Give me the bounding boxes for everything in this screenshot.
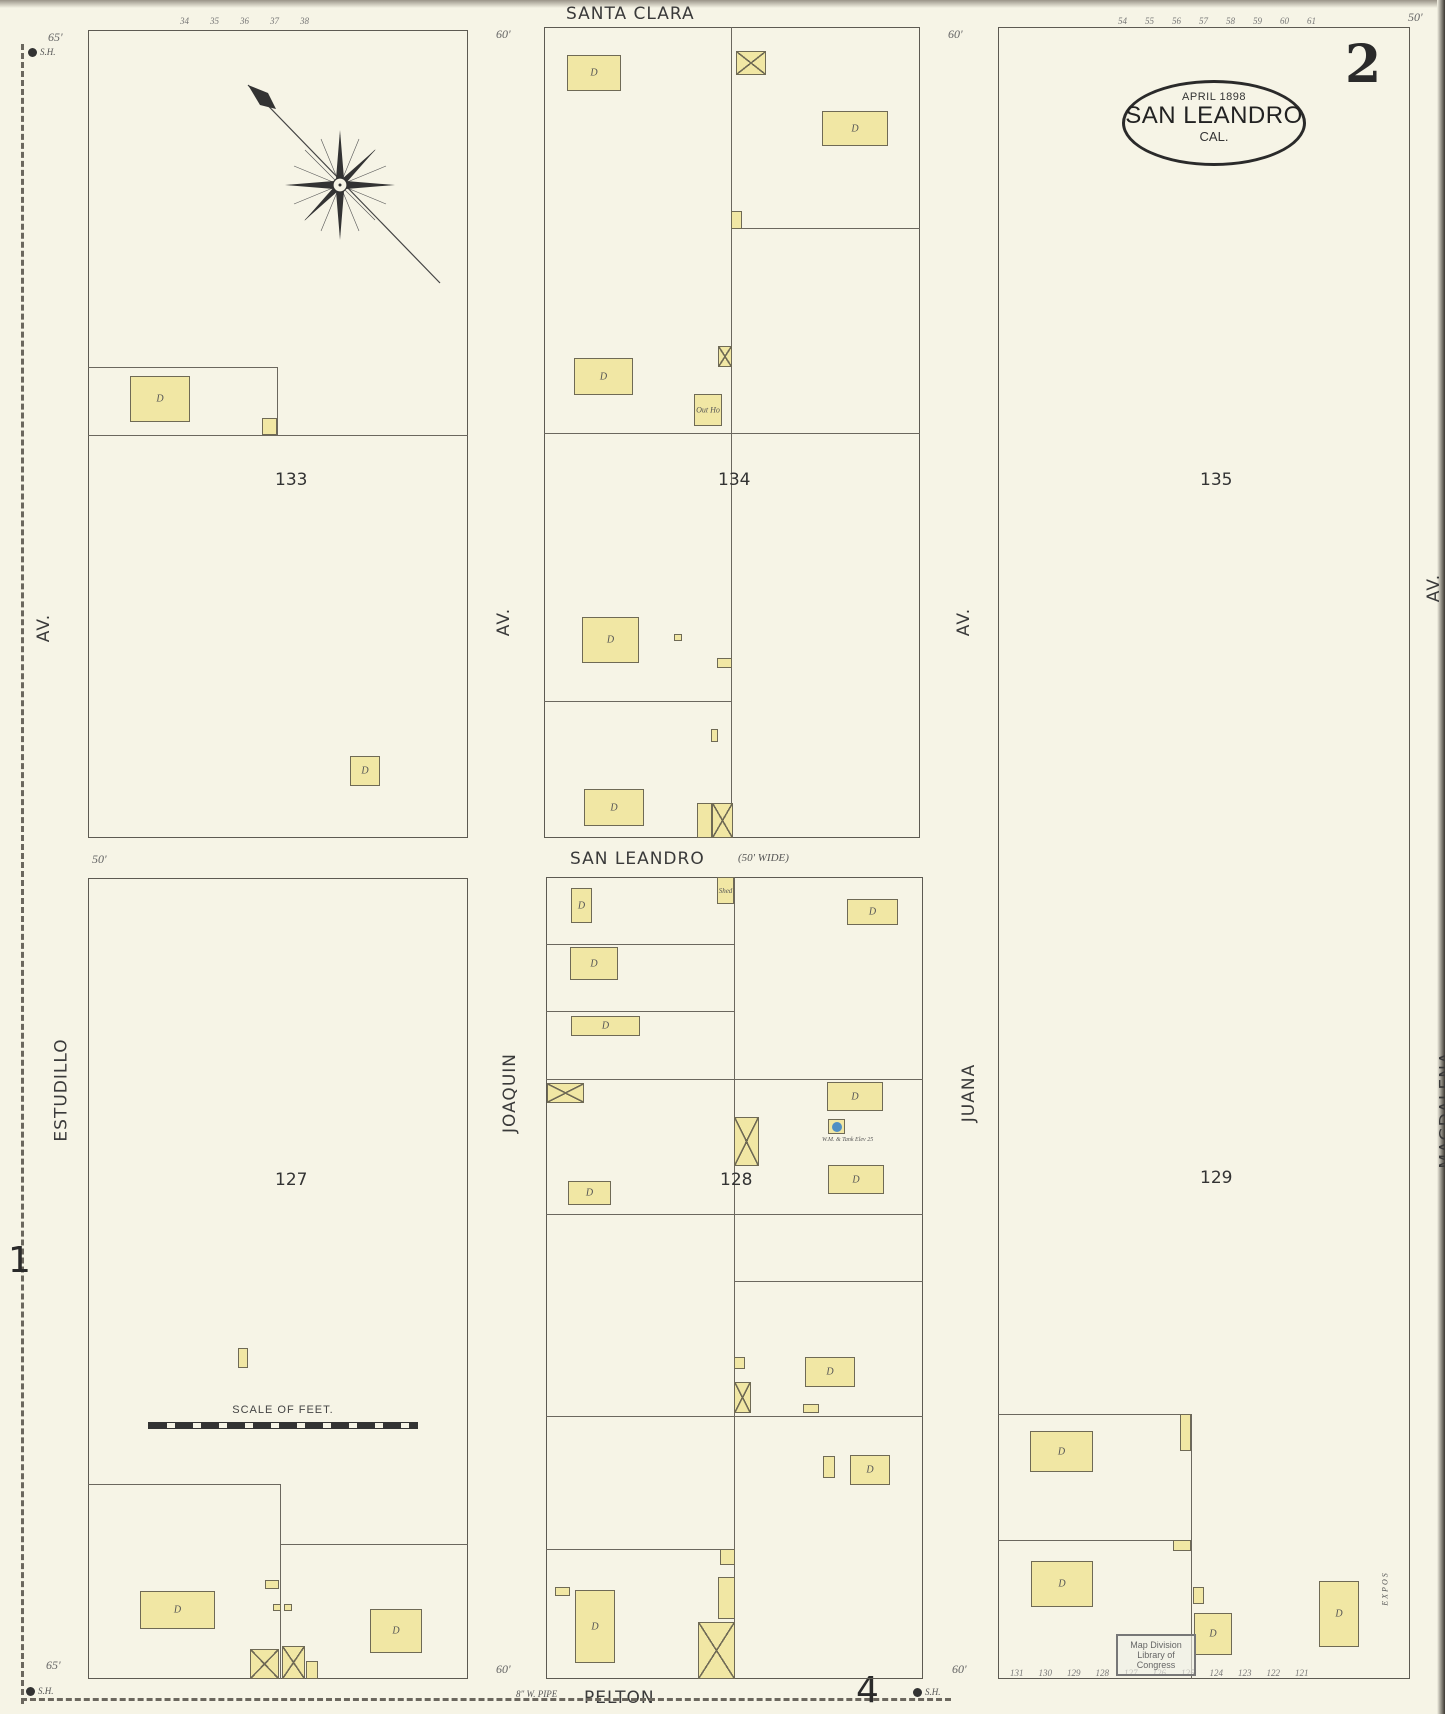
block-127 [88,878,468,1679]
stable [734,1117,759,1166]
lot-line [546,1549,734,1550]
dwelling-label: D [583,635,638,646]
dwelling-label: D [848,907,897,918]
dwelling-label: D [571,958,617,969]
hydrant-label: S.H. [38,1686,54,1696]
dwelling-label: D [568,68,620,79]
dwelling-label: D [1195,1629,1231,1640]
block-133 [88,30,468,838]
expos-label: EXPOS [1381,1571,1390,1605]
lot-number: 60 [1280,16,1289,26]
stamp-line1: Map Division [1118,1640,1194,1650]
lot-line [546,1214,923,1215]
dim-estudillo-bottom: 65' [46,1658,61,1673]
block-number-128: 128 [720,1170,752,1190]
outhouse: Out Ho [694,394,722,426]
dwelling: D [582,617,639,663]
dwelling: D [567,55,621,91]
dwelling: D [130,376,190,422]
dwelling-label: D [823,123,887,134]
outbuilding [1173,1540,1191,1551]
lot-line [280,1484,281,1679]
outbuilding [238,1348,248,1368]
stable [698,1622,735,1679]
tank-icon [832,1122,842,1132]
block-number-127: 127 [275,1170,307,1190]
shed [1180,1414,1191,1451]
outbuilding [284,1604,292,1611]
hydrant-icon [913,1688,922,1697]
lot-number: 122 [1267,1668,1281,1678]
dwelling: D [847,899,898,925]
magdalena-av-suffix: AV. [1424,574,1444,602]
dwelling-label: D [572,1021,639,1032]
dwelling-label: D [851,1465,889,1476]
dwelling-label: D [829,1174,883,1185]
dwelling: D [370,1609,422,1653]
stable [712,803,733,838]
dim-joaquin-bottom: 60' [496,1662,511,1677]
lot-number: 128 [1096,1668,1110,1678]
outbuilding [720,1549,735,1565]
stable [547,1083,584,1103]
sheet-boundary-bottom [21,1698,951,1701]
lot-number: 61 [1307,16,1316,26]
outbuilding [717,658,732,668]
dwelling: D [574,358,633,395]
lot-number: 35 [210,16,219,26]
stable [282,1646,305,1679]
dim-estudillo-top: 65' [48,30,63,45]
dwelling-label: D [575,371,632,382]
lot-line [734,1281,923,1282]
street-juana: JUANA [959,1064,979,1122]
outbuilding [697,803,712,838]
sheet-boundary-left [21,44,24,1704]
scale-of-feet: SCALE OF FEET. [148,1404,418,1429]
block-number-134: 134 [718,470,750,490]
lot-number: 56 [1172,16,1181,26]
lot-number: 123 [1238,1668,1252,1678]
dim-magdalena: 50' [1408,10,1423,25]
outhouse-label: Out Ho [695,406,721,415]
street-estudillo: ESTUDILLO [52,1038,72,1141]
water-pipe-label: 8" W. PIPE [516,1689,557,1699]
shed [262,418,277,435]
lot-line [998,1414,1191,1415]
outbuilding [718,1577,735,1619]
lot-number: 55 [1145,16,1154,26]
joaquin-av-suffix: AV. [494,608,514,636]
dwelling-label: D [371,1626,421,1637]
lot-number: 131 [1010,1668,1024,1678]
lot-number: 57 [1199,16,1208,26]
lot-number: 121 [1295,1668,1309,1678]
dwelling: D [1194,1613,1232,1655]
lot-numbers-135-top: 5455565758596061 [1118,16,1316,26]
street-magdalena: MAGDALENA [1437,1051,1445,1168]
dwelling: D [822,111,888,146]
hydrant-label: S.H. [40,47,56,57]
street-san-leandro: SAN LEANDRO [570,849,705,869]
lot-line [277,367,278,435]
dwelling: D [1319,1581,1359,1647]
estudillo-av-suffix: AV. [34,614,54,642]
lot-line [546,1079,923,1080]
dwelling-label: D [1032,1579,1092,1590]
street-santa-clara: SANTA CLARA [566,4,695,24]
scale-caption: SCALE OF FEET. [148,1404,418,1416]
stable [718,346,732,367]
adjacent-sheet-left: 1 [8,1240,31,1281]
dwelling: D [828,1165,884,1194]
shed: Shed [717,877,734,904]
sanborn-map-sheet: SANTA CLARA SAN LEANDRO (50' WIDE) PELTO… [0,0,1445,1714]
juana-av-suffix: AV. [954,608,974,636]
dwelling: D [805,1357,855,1387]
lot-number: 37 [270,16,279,26]
lot-number: 130 [1039,1668,1053,1678]
lot-line [546,944,734,945]
dwelling-label: D [141,1605,214,1616]
dwelling: D [584,789,644,826]
lot-number: 129 [1067,1668,1081,1678]
dwelling-label: D [576,1621,614,1632]
lot-line [546,1011,734,1012]
dwelling-label: D [806,1367,854,1378]
stable [734,1382,751,1413]
scale-bar [148,1422,418,1429]
outbuilding [1193,1587,1204,1604]
dwelling-label: D [572,900,591,911]
dwelling-label: D [1031,1446,1092,1457]
lot-number: 38 [300,16,309,26]
dwelling-label: D [1320,1609,1358,1620]
dwelling: D [571,888,592,923]
dwelling: D [1030,1431,1093,1472]
dwelling-label: D [131,394,189,405]
dwelling-label: D [828,1091,882,1102]
dwelling: D [568,1181,611,1205]
lot-line [544,701,731,702]
dim-joaquin-top: 60' [496,27,511,42]
san-leandro-width-note: (50' WIDE) [738,852,789,864]
block-number-135: 135 [1200,470,1232,490]
tank-label: W.M. & Tank Elev 25 [822,1137,873,1143]
outbuilding [265,1580,279,1589]
dwelling: D [575,1590,615,1663]
dwelling: D [850,1455,890,1485]
lot-number: 34 [180,16,189,26]
dim-juana-bottom: 60' [952,1662,967,1677]
stamp-line2: Library of Congress [1118,1650,1194,1670]
hydrant-icon [26,1687,35,1696]
lot-number: 124 [1210,1668,1224,1678]
lot-numbers-133-top: 3435363738 [180,16,309,26]
page-right-edge [1437,0,1445,1714]
outbuilding [803,1404,819,1413]
lot-line [998,1540,1191,1541]
lot-line [546,1416,923,1417]
dwelling-label: D [351,766,379,777]
block-number-133: 133 [275,470,307,490]
lot-number: 59 [1253,16,1262,26]
outbuilding [731,211,742,229]
lot-number: 54 [1118,16,1127,26]
water-tank [828,1119,845,1134]
street-joaquin: JOAQUIN [500,1053,520,1133]
outbuilding [734,1357,745,1369]
dwelling: D [827,1082,883,1111]
dwelling: D [570,947,618,980]
lot-line [544,433,920,434]
dwelling-label: D [569,1188,610,1199]
hydrant-label: S.H. [925,1687,941,1697]
hydrant-icon [28,48,37,57]
page-top-edge [0,0,1445,8]
lot-number: 58 [1226,16,1235,26]
dwelling-label: D [585,802,643,813]
stable [736,51,766,75]
dwelling: D [350,756,380,786]
lot-line [88,367,278,368]
outbuilding [273,1604,281,1611]
lot-line [88,435,468,436]
dim-cross-street: 50' [92,852,107,867]
outbuilding [823,1456,835,1478]
dim-juana-top: 60' [948,27,963,42]
library-stamp: Map Division Library of Congress [1116,1634,1196,1676]
shed-label: Shed [718,887,733,895]
outbuilding [555,1587,570,1596]
dwelling: D [1031,1561,1093,1607]
block-number-129: 129 [1200,1168,1232,1188]
stable [250,1649,279,1679]
lot-number: 36 [240,16,249,26]
dwelling: D [571,1016,640,1036]
outbuilding [711,729,718,742]
lot-line [88,1484,280,1485]
dwelling: D [140,1591,215,1629]
lot-line [280,1544,468,1545]
outbuilding [674,634,682,641]
outbuilding [306,1661,318,1679]
lot-line [731,228,920,229]
